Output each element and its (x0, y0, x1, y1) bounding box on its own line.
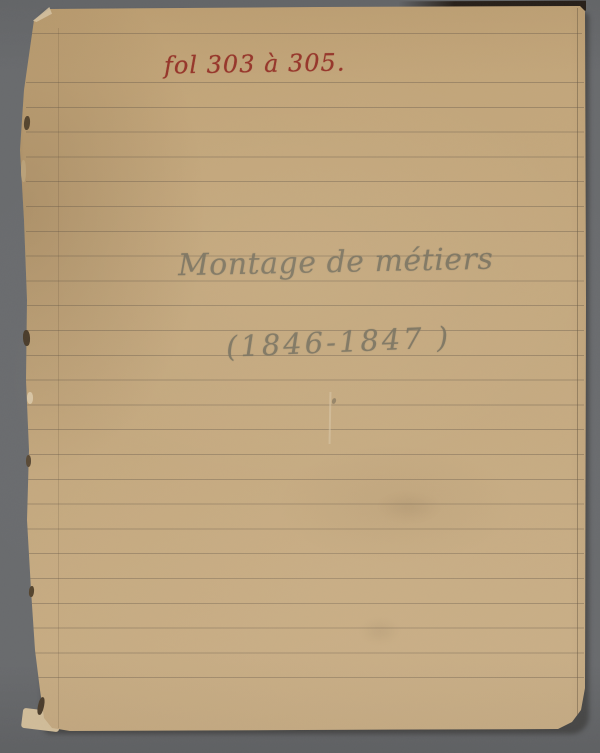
spine-wear-mark (23, 330, 31, 346)
photograph-scene: fol 303 à 305. Montage de métiers (1846-… (0, 0, 600, 753)
spine-wear-mark (21, 160, 26, 182)
spine-wear-mark (26, 455, 31, 467)
spine-wear-mark (27, 392, 33, 404)
cover-shading (0, 0, 600, 753)
notebook-cover: fol 303 à 305. Montage de métiers (1846-… (0, 0, 600, 753)
